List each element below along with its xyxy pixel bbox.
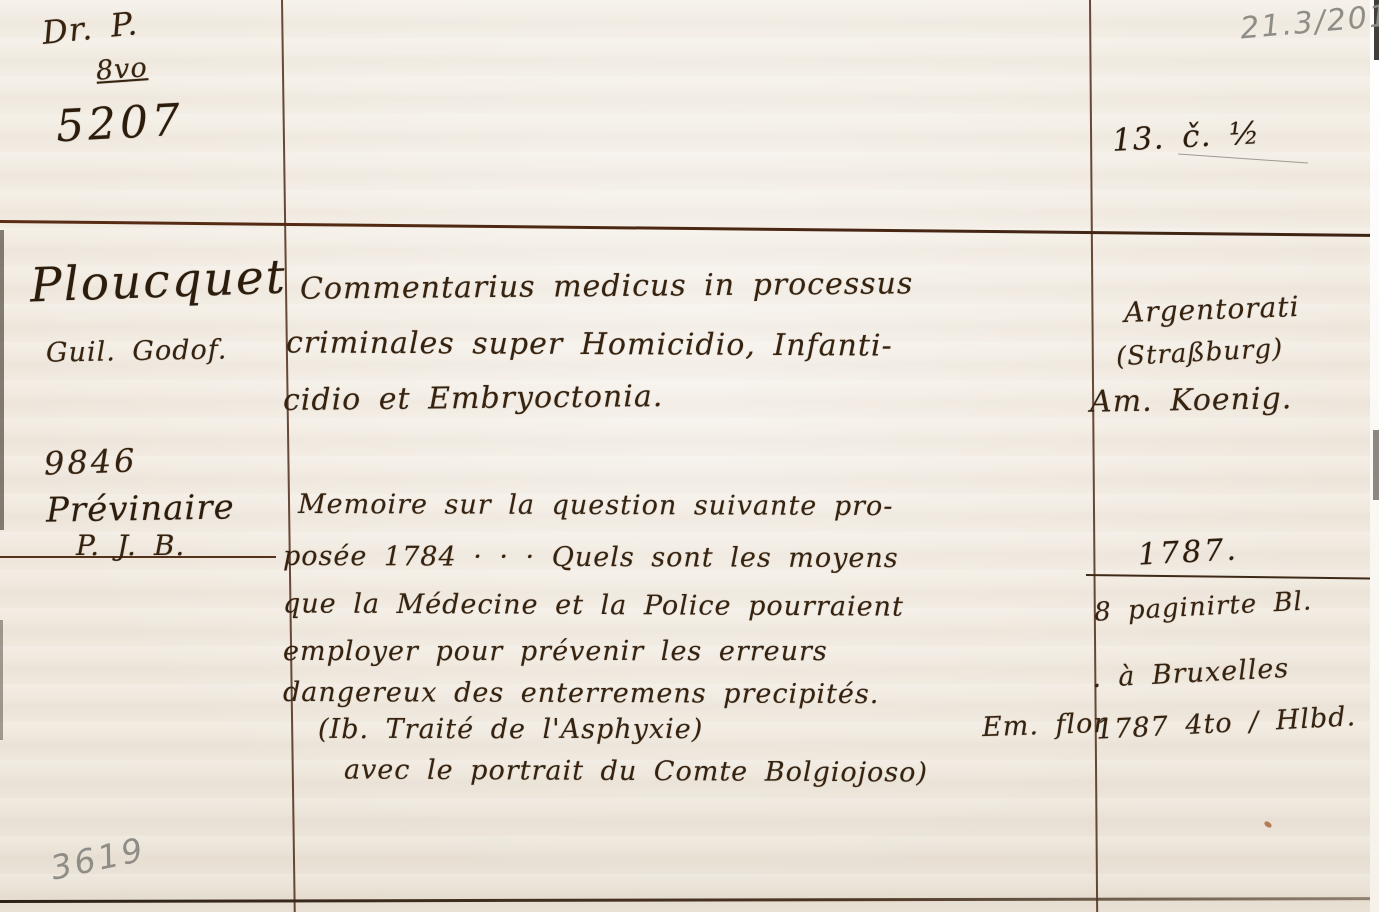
- paper-speck: [1263, 820, 1272, 829]
- year-underline-rule: [1086, 574, 1379, 580]
- entry1-author-given-names: Guil. Godof.: [46, 336, 228, 366]
- entry2-title-line: Memoire sur la question suivante pro-: [298, 491, 894, 520]
- entry2-reference-note: (Ib. Traité de l'Asphyxie): [318, 716, 703, 743]
- entry2-imprint-place: . à Bruxelles: [1091, 655, 1289, 692]
- call-number: 5207: [55, 99, 185, 150]
- pencil-footer-number: 3619: [48, 832, 149, 884]
- entry2-title-line: que la Médecine et la Police pourraient: [283, 590, 904, 620]
- entry2-accession-number: 9846: [43, 444, 137, 479]
- entry2-year: 1787.: [1137, 535, 1239, 570]
- entry1-title-line: Commentarius medicus in processus: [300, 269, 914, 304]
- entry2-author-surname: Prévinaire: [46, 490, 235, 527]
- pencil-reference: 21.3/201: [1239, 2, 1379, 45]
- scan-edge-left: [0, 230, 4, 530]
- column-rule-right: [1089, 0, 1098, 912]
- entry1-imprint-place-german: (Straßburg): [1115, 336, 1283, 371]
- price-note: 13. č. ½: [1111, 118, 1261, 157]
- scan-edge-right-mid: [1373, 430, 1379, 500]
- entry2-title-line: employer pour prévenir les erreurs: [283, 638, 828, 665]
- bottom-rule: [0, 897, 1379, 903]
- scan-edge-left-lower: [0, 620, 3, 740]
- entry1-title-line: criminales super Homicidio, Infanti-: [286, 328, 893, 361]
- entry2-author-initials: P. J. B.: [76, 532, 185, 560]
- entry1-imprint-publisher: Am. Koenig.: [1090, 384, 1293, 418]
- entry2-collation: 8 paginirte Bl.: [1093, 588, 1312, 625]
- catalog-card: Dr. P. 8vo 5207 21.3/201 13. č. ½ Ploucq…: [0, 0, 1379, 912]
- header-row-rule: [0, 220, 1379, 237]
- entry2-edition-binding: 1787 4to / Hlbd.: [1095, 703, 1356, 744]
- shelfmark: Dr. P.: [41, 7, 140, 49]
- entry2-title-line: posée 1784 · · · Quels sont les moyens: [283, 543, 899, 572]
- entry2-portrait-note: avec le portrait du Comte Bolgiojoso): [344, 756, 928, 786]
- entry2-title-line: dangereux des enterremens precipités.: [283, 679, 879, 708]
- entry2-inline-note: Em. flor: [982, 710, 1108, 741]
- column-rule-left: [281, 0, 296, 912]
- entry1-title-line: cidio et Embryoctonia.: [283, 382, 664, 416]
- pencil-stroke: [1178, 153, 1308, 163]
- entry1-author-surname: Ploucquet: [29, 254, 287, 310]
- format-note: 8vo: [95, 54, 148, 85]
- entry1-imprint-place: Argentorati: [1124, 293, 1300, 327]
